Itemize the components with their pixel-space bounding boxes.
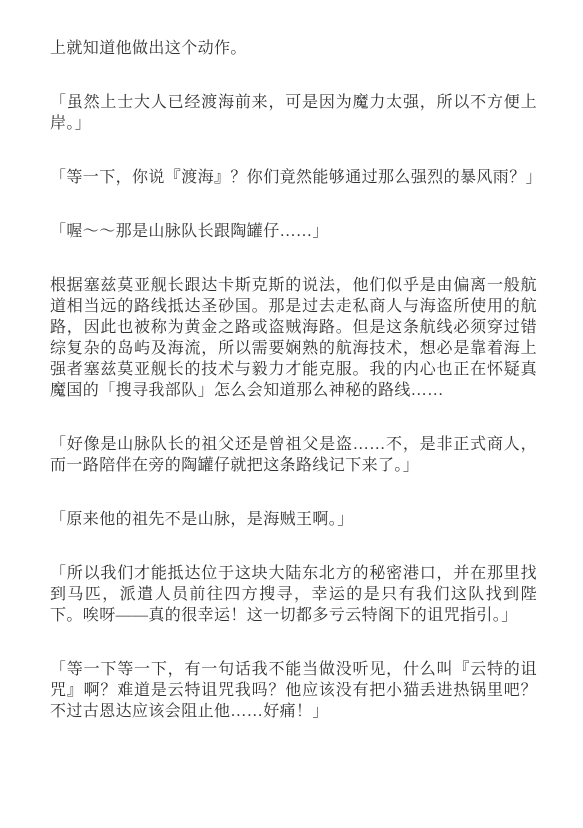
paragraph-1: 上就知道他做出这个动作。 bbox=[50, 38, 537, 59]
paragraph-8: 「所以我们才能抵达位于这块大陆东北方的秘密港口，并在那里找到马匹，派遣人员前往四… bbox=[50, 563, 537, 626]
paragraph-6: 「好像是山脉队长的祖父还是曾祖父是盗……不，是非正式商人，而一路陪伴在旁的陶罐仔… bbox=[50, 434, 537, 476]
paragraph-5: 根据塞兹莫亚舰长跟达卡斯克斯的说法，他们似乎是由偏离一般航道相当远的路线抵达圣砂… bbox=[50, 275, 537, 401]
paragraph-3: 「等一下，你说『渡海』？你们竟然能够通过那么强烈的暴风雨？」 bbox=[50, 167, 537, 188]
paragraph-9: 「等一下等一下，有一句话我不能当做没听见，什么叫『云特的诅咒』啊？难道是云特诅咒… bbox=[50, 659, 537, 722]
paragraph-7: 「原来他的祖先不是山脉，是海贼王啊。」 bbox=[50, 509, 537, 530]
paragraph-2: 「虽然上士大人已经渡海前来，可是因为魔力太强，所以不方便上岸。」 bbox=[50, 92, 537, 134]
paragraph-4: 「喔～～那是山脉队长跟陶罐仔……」 bbox=[50, 221, 537, 242]
novel-text-page: 上就知道他做出这个动作。 「虽然上士大人已经渡海前来，可是因为魔力太强，所以不方… bbox=[0, 0, 583, 828]
